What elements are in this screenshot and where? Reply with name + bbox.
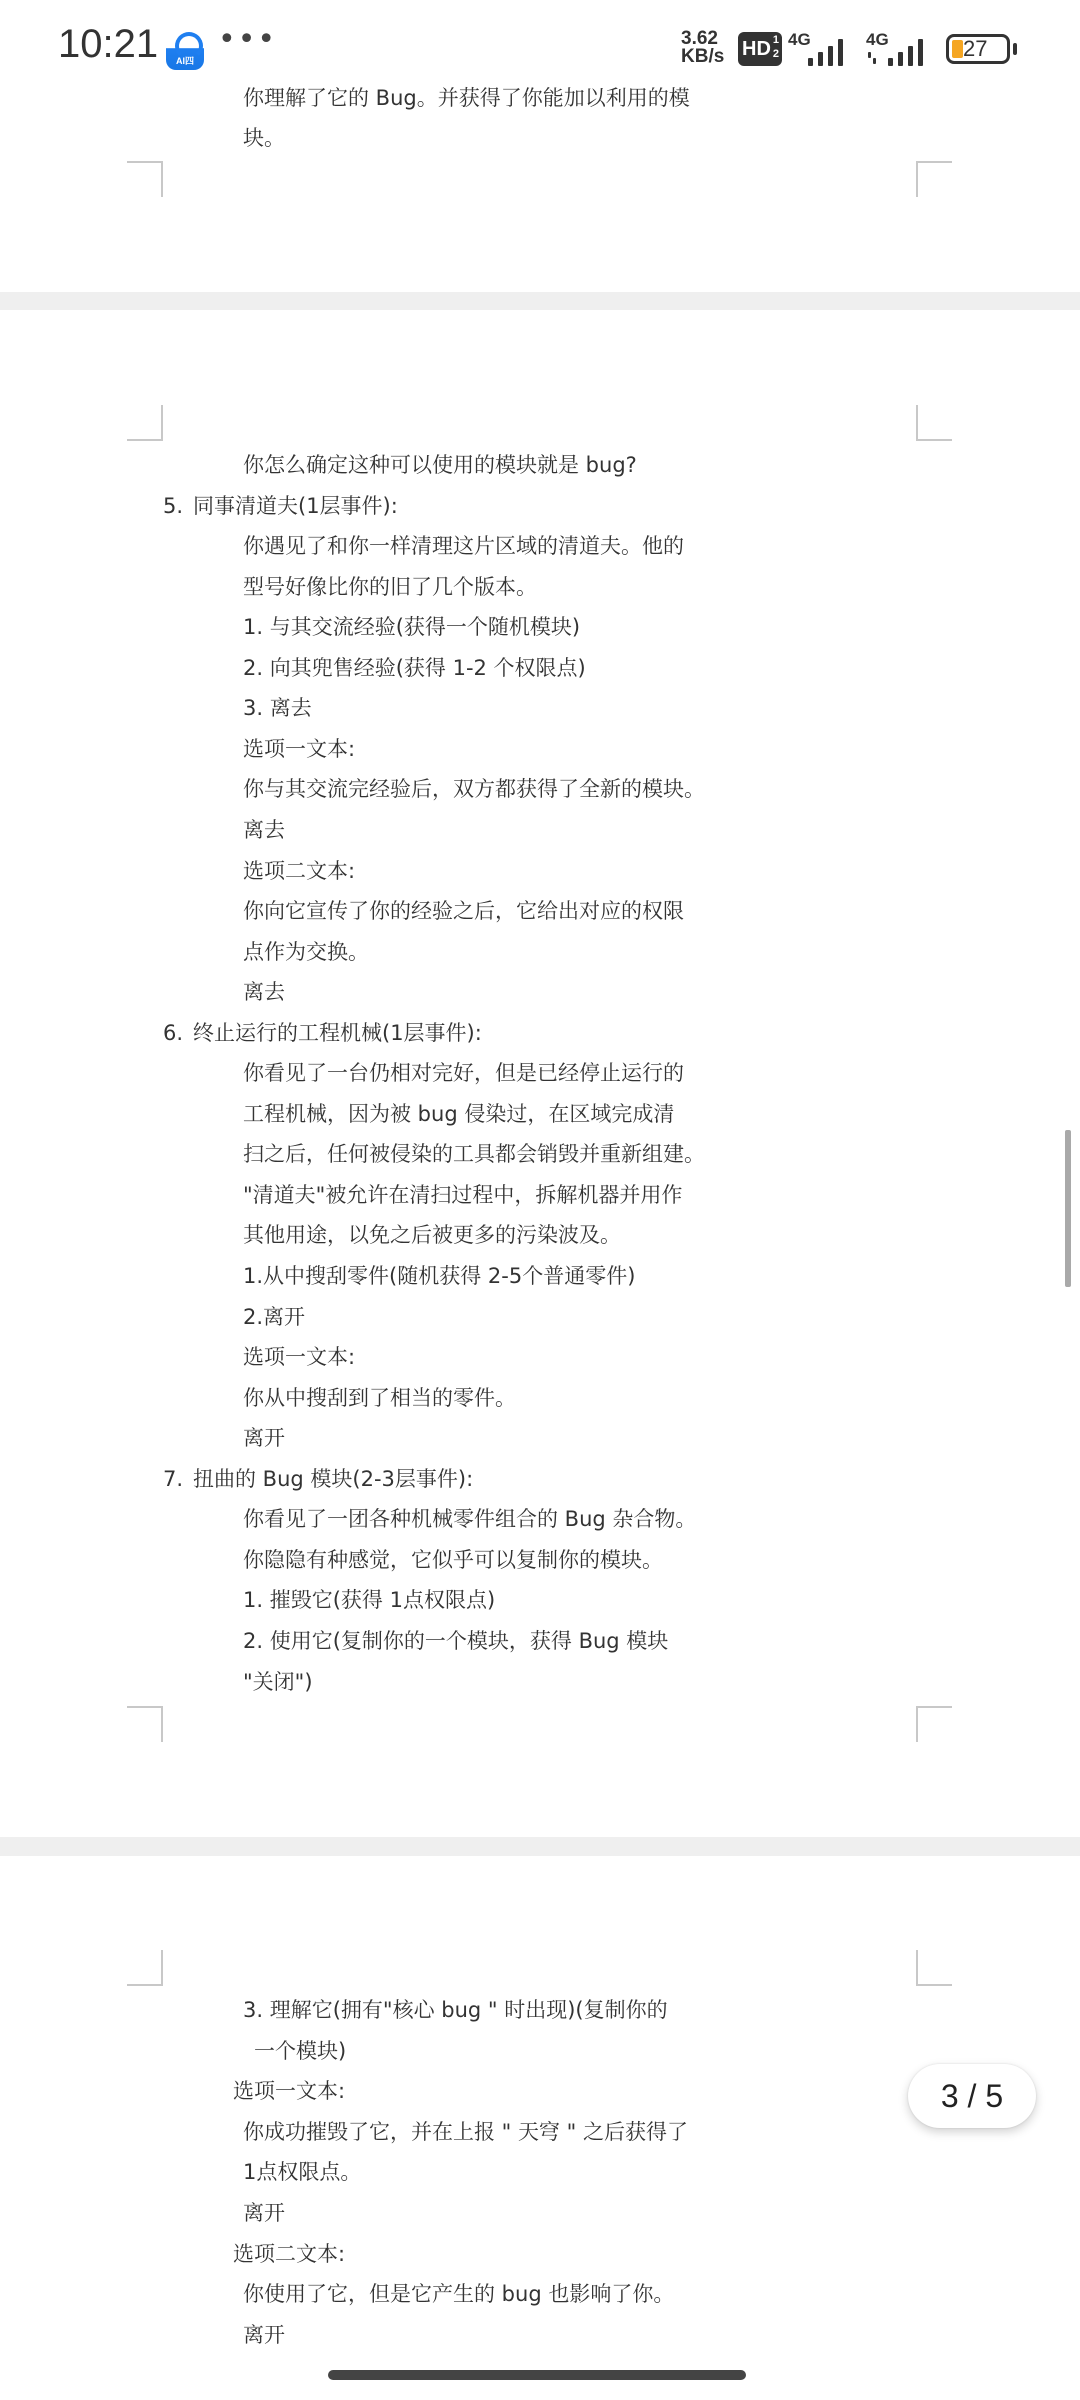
page-corner-mark (916, 1706, 952, 1742)
paragraph-line: "关闭") (243, 1668, 313, 1696)
vertical-scrollbar[interactable] (1065, 1130, 1071, 1287)
list-number: 7. (163, 1465, 193, 1493)
more-notifications-icon: ••• (218, 22, 277, 57)
paragraph-line: 1点权限点。 (243, 2158, 361, 2186)
app-notification-icon: AI四 (166, 30, 204, 70)
hd-voice-icon: HD12 (738, 32, 782, 66)
paragraph-line: 你向它宣传了你的经验之后，它给出对应的权限 (243, 897, 684, 925)
paragraph-line: 块。 (243, 124, 285, 152)
paragraph-line: 你与其交流完经验后，双方都获得了全新的模块。 (243, 775, 705, 803)
signal-sim2-icon: 4G (866, 32, 932, 66)
page-corner-mark (916, 1950, 952, 1986)
page-corner-mark (127, 161, 163, 197)
status-bar: 10:21 AI四 ••• 3.62 KB/s HD12 4G 4G 27 (0, 0, 1080, 80)
list-item-heading: 7.扭曲的 Bug 模块(2-3层事件): (163, 1465, 473, 1493)
paragraph-line: 离去 (243, 816, 285, 844)
paragraph-line: 型号好像比你的旧了几个版本。 (243, 573, 537, 601)
page-indicator: 3 / 5 (908, 2064, 1036, 2128)
paragraph-line: 你理解了它的 Bug。并获得了你能加以利用的模 (243, 84, 690, 112)
page-corner-mark (916, 405, 952, 441)
list-item-heading: 6.终止运行的工程机械(1层事件): (163, 1019, 482, 1047)
list-number: 6. (163, 1019, 193, 1047)
paragraph-line: 离开 (243, 2321, 285, 2349)
paragraph-line: 选项二文本: (233, 2240, 345, 2268)
paragraph-line: 一个模块) (254, 2037, 346, 2065)
paragraph-line: 其他用途，以免之后被更多的污染波及。 (243, 1221, 621, 1249)
paragraph-line: 你遇见了和你一样清理这片区域的清道夫。他的 (243, 532, 684, 560)
page-separator (0, 292, 1080, 310)
paragraph-line: 你看见了一台仍相对完好，但是已经停止运行的 (243, 1059, 684, 1087)
paragraph-line: 3. 离去 (243, 694, 312, 722)
gesture-navigation-bar[interactable] (328, 2370, 746, 2380)
list-number: 5. (163, 492, 193, 520)
paragraph-line: 选项一文本: (243, 1343, 355, 1371)
network-speed: 3.62 KB/s (681, 30, 724, 66)
list-heading-text: 同事清道夫(1层事件): (193, 494, 398, 518)
paragraph-line: 2.离开 (243, 1303, 305, 1331)
page-corner-mark (127, 1706, 163, 1742)
paragraph-line: 2. 向其兜售经验(获得 1-2 个权限点) (243, 654, 586, 682)
paragraph-line: 1. 与其交流经验(获得一个随机模块) (243, 613, 580, 641)
page-separator (0, 1837, 1080, 1856)
paragraph-line: 离开 (243, 1424, 285, 1452)
list-heading-text: 终止运行的工程机械(1层事件): (193, 1021, 482, 1045)
clock: 10:21 (58, 22, 158, 67)
paragraph-line: 离开 (243, 2199, 285, 2227)
paragraph-line: 工程机械，因为被 bug 侵染过，在区域完成清 (243, 1100, 674, 1128)
paragraph-line: 你怎么确定这种可以使用的模块就是 bug? (243, 451, 637, 479)
paragraph-line: 1. 摧毁它(获得 1点权限点) (243, 1586, 495, 1614)
page-corner-mark (127, 405, 163, 441)
paragraph-line: 3. 理解它(拥有"核心 bug " 时出现)(复制你的 (243, 1996, 668, 2024)
list-heading-text: 扭曲的 Bug 模块(2-3层事件): (193, 1467, 473, 1491)
paragraph-line: 2. 使用它(复制你的一个模块，获得 Bug 模块 (243, 1627, 668, 1655)
paragraph-line: 你看见了一团各种机械零件组合的 Bug 杂合物。 (243, 1505, 696, 1533)
battery-icon: 27 (946, 34, 1010, 64)
paragraph-line: 你隐隐有种感觉，它似乎可以复制你的模块。 (243, 1546, 663, 1574)
paragraph-line: 扫之后，任何被侵染的工具都会销毁并重新组建。 (243, 1140, 705, 1168)
paragraph-line: 你成功摧毁了它，并在上报 " 天穹 " 之后获得了 (243, 2118, 688, 2146)
paragraph-line: 选项一文本: (233, 2077, 345, 2105)
paragraph-line: 离去 (243, 978, 285, 1006)
page-corner-mark (916, 161, 952, 197)
list-item-heading: 5.同事清道夫(1层事件): (163, 492, 398, 520)
paragraph-line: 点作为交换。 (243, 938, 369, 966)
paragraph-line: 选项二文本: (243, 857, 355, 885)
paragraph-line: 你使用了它，但是它产生的 bug 也影响了你。 (243, 2280, 674, 2308)
paragraph-line: 你从中搜刮到了相当的零件。 (243, 1384, 516, 1412)
page-corner-mark (127, 1950, 163, 1986)
paragraph-line: 选项一文本: (243, 735, 355, 763)
battery-tip (1013, 43, 1017, 55)
paragraph-line: 1.从中搜刮零件(随机获得 2-5个普通零件) (243, 1262, 635, 1290)
paragraph-line: "清道夫"被允许在清扫过程中，拆解机器并用作 (243, 1181, 682, 1209)
signal-sim1-icon: 4G (788, 32, 852, 66)
